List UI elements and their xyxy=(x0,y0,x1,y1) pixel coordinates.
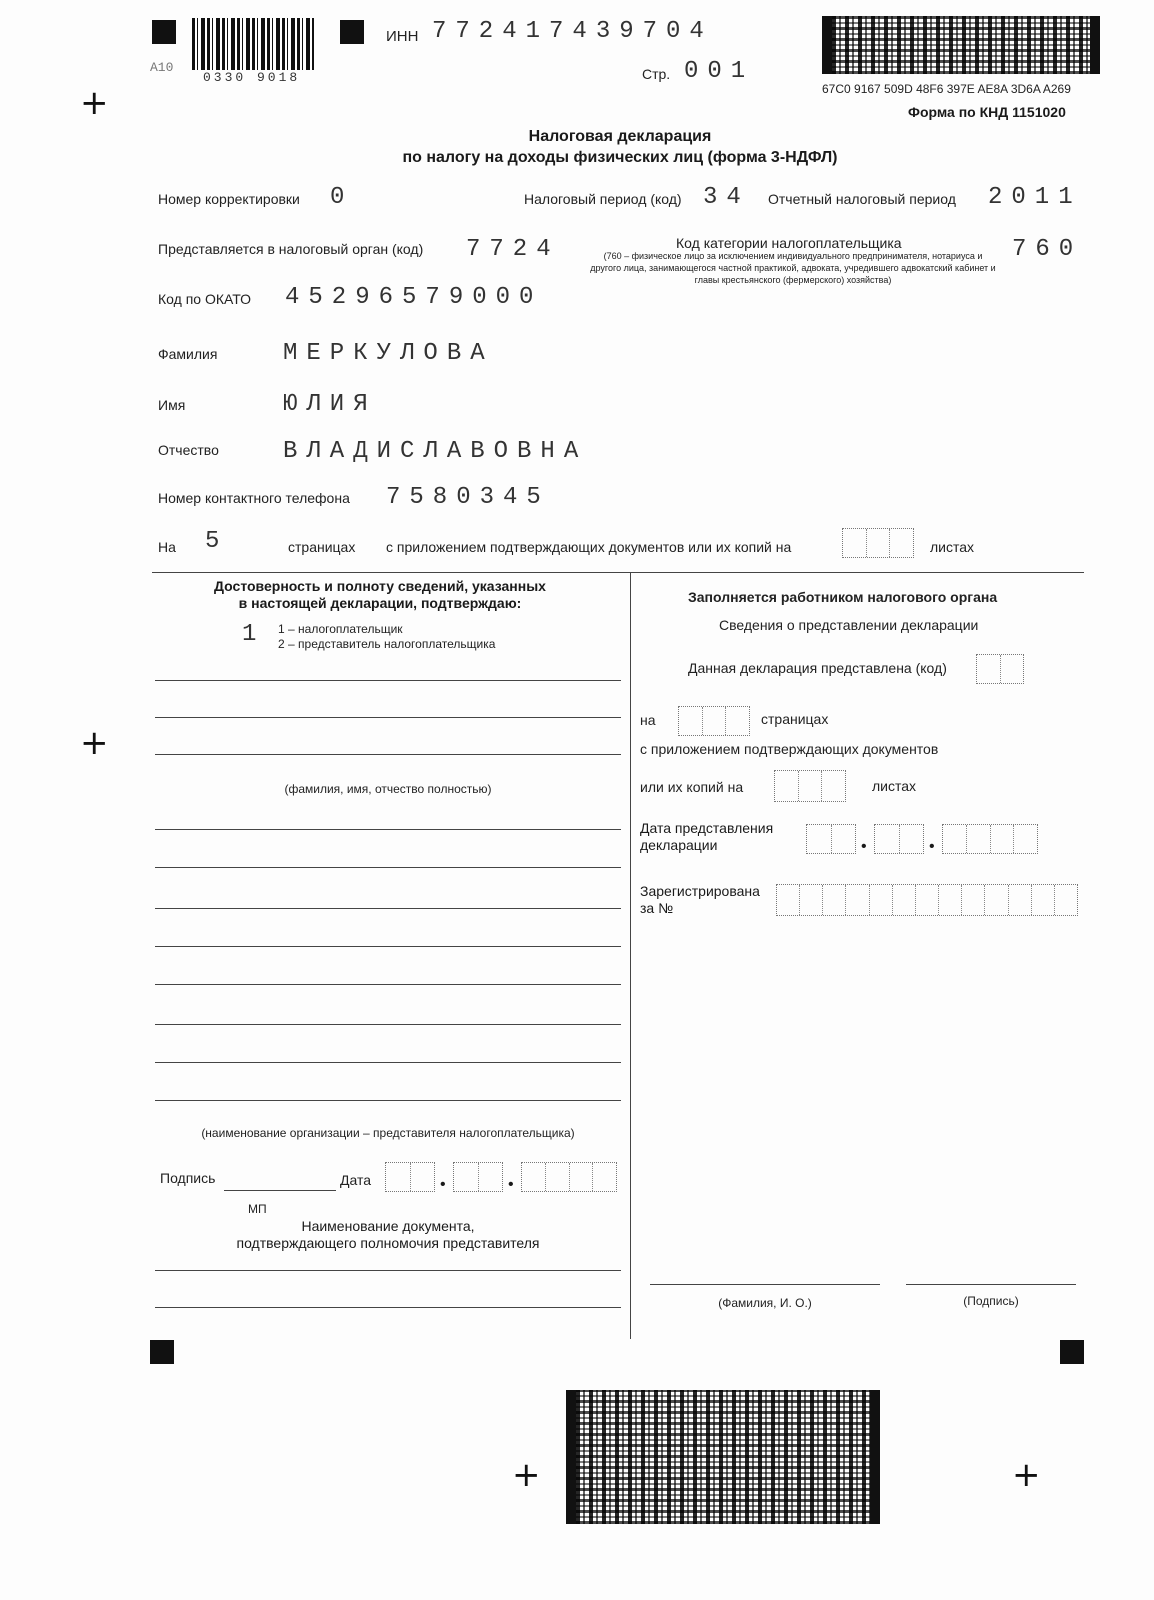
title-line-2: по налогу на доходы физических лиц (форм… xyxy=(300,147,940,168)
tax-authority-value[interactable]: 7724 xyxy=(466,236,560,263)
registered-label-line-2: за № xyxy=(640,900,760,917)
org-line-6[interactable] xyxy=(155,1024,621,1025)
registered-label: Зарегистрирована за № xyxy=(640,883,760,917)
org-line-2[interactable] xyxy=(155,867,621,868)
authority-doc-line-2[interactable] xyxy=(155,1307,621,1308)
confirmation-heading: Достоверность и полноту сведений, указан… xyxy=(170,578,590,612)
received-pages-input[interactable] xyxy=(678,706,750,736)
category-label: Код категории налогоплательщика xyxy=(676,235,902,251)
confirmation-heading-line-1: Достоверность и полноту сведений, указан… xyxy=(170,578,590,595)
org-line-7[interactable] xyxy=(155,1062,621,1063)
name-label: Имя xyxy=(158,397,185,413)
linear-barcode xyxy=(192,18,314,70)
on-label: на xyxy=(640,712,656,728)
org-caption: (наименование организации – представител… xyxy=(155,1126,621,1140)
registration-mark-bottom-right xyxy=(1060,1340,1084,1364)
registered-label-line-1: Зарегистрирована xyxy=(640,883,760,900)
pages-label: страницах xyxy=(761,711,828,727)
date-separator: • xyxy=(861,838,867,856)
signer-option-2: 2 – представитель налогоплательщика xyxy=(278,637,495,651)
form-code-small: A10 xyxy=(150,60,173,75)
received-sheets-input[interactable] xyxy=(774,770,846,802)
inn-value: 772417439704 xyxy=(432,18,713,45)
tax-period-value[interactable]: 34 xyxy=(703,184,750,211)
registration-mark-bottom-left xyxy=(150,1340,174,1364)
officer-name-line[interactable] xyxy=(650,1284,880,1285)
authority-doc-line-1[interactable] xyxy=(155,1270,621,1271)
column-divider xyxy=(630,573,631,1339)
phone-value[interactable]: 7580345 xyxy=(386,484,550,511)
submission-date-month-input[interactable] xyxy=(874,824,924,854)
okato-label: Код по ОКАТО xyxy=(158,291,251,307)
stamp-label: МП xyxy=(248,1202,267,1216)
title-line-1: Налоговая декларация xyxy=(300,126,940,147)
crosshair-mark-icon: + xyxy=(80,726,109,760)
attachment-sheets-input[interactable] xyxy=(842,528,914,558)
category-note: (760 – физическое лицо за исключением ин… xyxy=(588,250,998,286)
authority-document-caption: Наименование документа, подтверждающего … xyxy=(155,1218,621,1252)
date-year-input[interactable] xyxy=(521,1162,617,1192)
officer-name-caption: (Фамилия, И. О.) xyxy=(650,1296,880,1310)
name-value[interactable]: ЮЛИЯ xyxy=(283,391,377,418)
fio-line-1[interactable] xyxy=(155,680,621,681)
officer-signature-caption: (Подпись) xyxy=(906,1294,1076,1308)
2d-barcode xyxy=(822,16,1100,74)
org-line-1[interactable] xyxy=(155,829,621,830)
date-separator: • xyxy=(508,1176,514,1194)
tax-officer-heading: Заполняется работником налогового органа xyxy=(688,589,997,605)
registration-mark-top-left xyxy=(152,20,176,44)
section-divider xyxy=(152,572,1084,573)
submission-info-subheading: Сведения о представлении декларации xyxy=(719,617,978,633)
date-label: Дата xyxy=(340,1172,371,1188)
registration-number-input[interactable] xyxy=(776,884,1078,916)
signer-type-value[interactable]: 1 xyxy=(242,621,265,648)
crosshair-mark-icon: + xyxy=(80,86,109,120)
page-value: 001 xyxy=(684,58,754,85)
submission-date-label-line-2: декларации xyxy=(640,837,773,854)
submission-date-label-line-1: Дата представления xyxy=(640,820,773,837)
authority-document-line-2: подтверждающего полномочия представителя xyxy=(155,1235,621,1252)
org-line-5[interactable] xyxy=(155,984,621,985)
pages-prefix: На xyxy=(158,539,176,555)
date-month-input[interactable] xyxy=(453,1162,503,1192)
submission-date-year-input[interactable] xyxy=(942,824,1038,854)
org-line-3[interactable] xyxy=(155,908,621,909)
correction-value[interactable]: 0 xyxy=(330,184,353,211)
org-line-8[interactable] xyxy=(155,1100,621,1101)
officer-signature-line[interactable] xyxy=(906,1284,1076,1285)
pages-suffix: страницах xyxy=(288,539,355,555)
knd-form-code: Форма по КНД 1151020 xyxy=(908,104,1066,120)
report-year-value[interactable]: 2011 xyxy=(988,184,1082,211)
fio-line-3[interactable] xyxy=(155,754,621,755)
signature-line[interactable] xyxy=(224,1190,336,1191)
tax-authority-label: Представляется в налоговый орган (код) xyxy=(158,241,423,257)
signer-option-1: 1 – налогоплательщик xyxy=(278,622,403,636)
sheets-label: листах xyxy=(930,539,974,555)
barcode-number: 0330 9018 xyxy=(203,70,300,85)
date-separator: • xyxy=(440,1176,446,1194)
submission-date-label: Дата представления декларации xyxy=(640,820,773,854)
patronymic-value[interactable]: ВЛАДИСЛАВОВНА xyxy=(283,438,587,465)
page-title: Налоговая декларация по налогу на доходы… xyxy=(300,126,940,168)
attachments-label: с приложением подтверждающих документов xyxy=(640,741,938,757)
correction-label: Номер корректировки xyxy=(158,191,300,207)
pages-value[interactable]: 5 xyxy=(205,528,228,555)
crosshair-mark-icon: + xyxy=(1012,1458,1041,1492)
copies-label: или их копий на xyxy=(640,779,743,795)
inn-label: ИНН xyxy=(386,28,418,45)
surname-value[interactable]: МЕРКУЛОВА xyxy=(283,340,494,367)
sheets-label: листах xyxy=(872,778,916,794)
category-value[interactable]: 760 xyxy=(1012,236,1082,263)
crosshair-mark-icon: + xyxy=(512,1458,541,1492)
submitted-code-label: Данная декларация представлена (код) xyxy=(688,660,947,676)
org-line-4[interactable] xyxy=(155,946,621,947)
bottom-2d-barcode xyxy=(566,1390,880,1524)
signature-label: Подпись xyxy=(160,1170,215,1186)
attachments-label: с приложением подтверждающих документов … xyxy=(386,539,791,555)
patronymic-label: Отчество xyxy=(158,442,219,458)
fio-caption: (фамилия, имя, отчество полностью) xyxy=(155,782,621,796)
surname-label: Фамилия xyxy=(158,346,217,362)
hash-code: 67C0 9167 509D 48F6 397E AE8A 3D6A A269 xyxy=(822,82,1071,96)
submitted-code-input[interactable] xyxy=(976,654,1024,684)
date-separator: • xyxy=(929,838,935,856)
registration-mark-top-mid xyxy=(340,20,364,44)
authority-document-line-1: Наименование документа, xyxy=(155,1218,621,1235)
page-label: Стр. xyxy=(642,66,670,82)
confirmation-heading-line-2: в настоящей декларации, подтверждаю: xyxy=(170,595,590,612)
phone-label: Номер контактного телефона xyxy=(158,490,350,506)
fio-line-2[interactable] xyxy=(155,717,621,718)
date-day-input[interactable] xyxy=(385,1162,435,1192)
okato-value[interactable]: 45296579000 xyxy=(285,284,542,311)
submission-date-day-input[interactable] xyxy=(806,824,856,854)
report-year-label: Отчетный налоговый период xyxy=(768,191,956,207)
tax-period-label: Налоговый период (код) xyxy=(524,191,682,207)
